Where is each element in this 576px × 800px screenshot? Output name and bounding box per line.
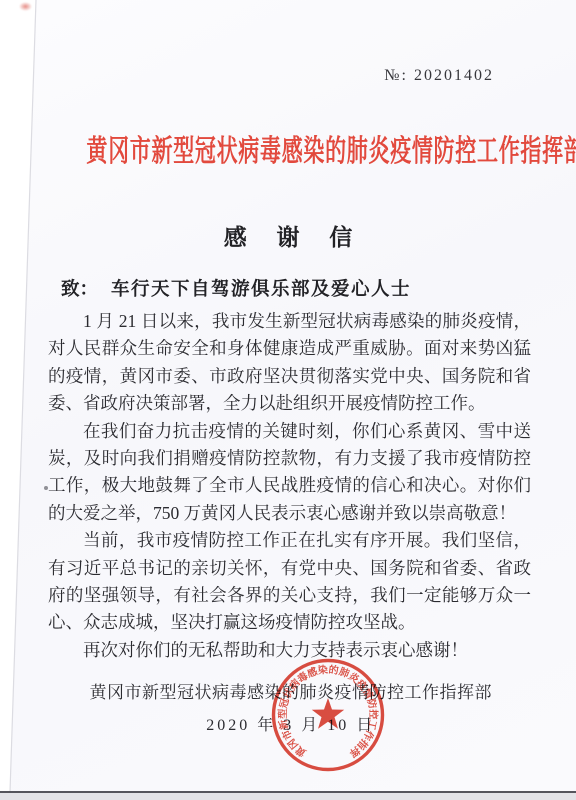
paragraph: 在我们奋力抗击疫情的关键时刻，你们心系黄冈、雪中送炭，及时向我们捐赠疫情防控款物… [48,418,531,528]
paragraph: 1 月 21 日以来，我市发生新型冠状病毒感染的肺炎疫情，对人民群众生命安全和身… [48,308,531,418]
official-seal: 黄冈市新型冠状病毒感染的肺炎疫情防控工作指挥部 [263,650,393,780]
ink-dot-artifact [44,486,48,490]
paragraph: 当前，我市疫情防控工作正在扎实有序开展。我们坚信，有习近平总书记的亲切关怀，有党… [48,527,531,637]
red-ink-artifact [19,2,32,11]
letter-body: 1 月 21 日以来，我市发生新型冠状病毒感染的肺炎疫情，对人民群众生命安全和身… [48,308,531,664]
doc-number: №: 20201402 [384,67,494,85]
scanned-letter-page: №: 20201402 黄冈市新型冠状病毒感染的肺炎疫情防控工作指挥部 感 谢 … [0,0,576,800]
salutation-label: 致： [61,280,98,300]
org-title-header: 黄冈市新型冠状病毒感染的肺炎疫情防控工作指挥部 [86,126,489,170]
scan-bottom-edge [0,791,576,800]
salutation: 致：车行天下自驾游俱乐部及爱心人士 [61,275,411,301]
seal-star-icon [312,698,344,729]
letter-title: 感 谢 信 [0,219,576,252]
scan-left-edge [0,0,40,792]
salutation-recipient: 车行天下自驾游俱乐部及爱心人士 [111,280,411,300]
